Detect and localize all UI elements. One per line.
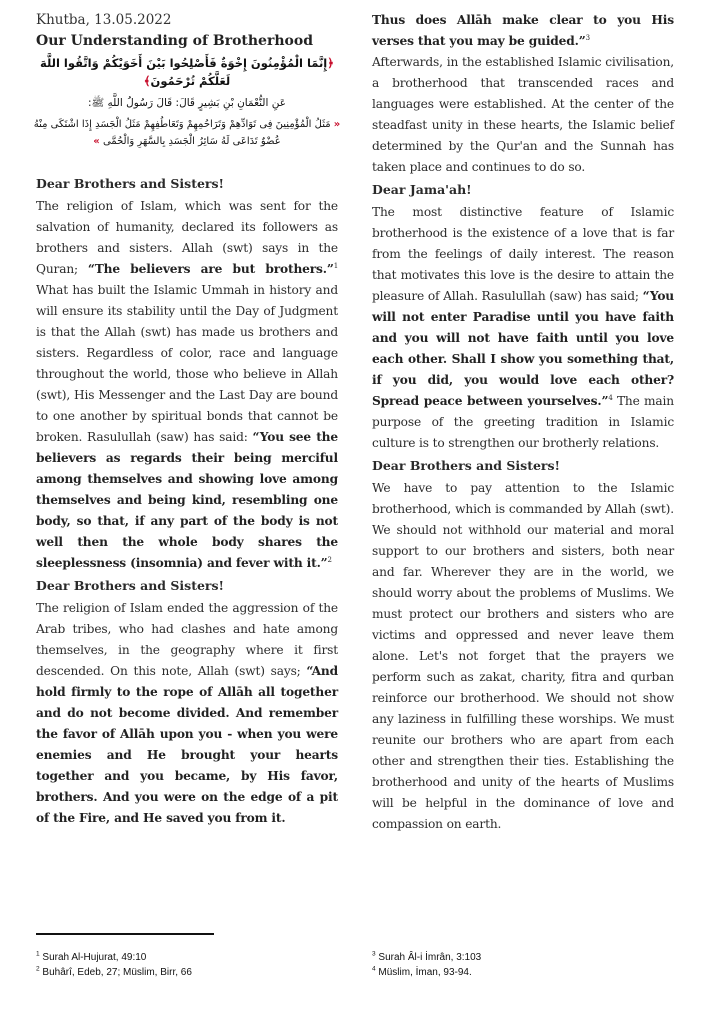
footnote-ref[interactable]: 1 xyxy=(334,262,338,270)
paragraph: Afterwards, in the established Islamic c… xyxy=(372,52,674,178)
paragraph: The religion of Islam, which was sent fo… xyxy=(36,196,338,574)
hadith-text: مَثَلُ الْمُؤْمِنِينَ فِى تَوَادِّهِمْ و… xyxy=(34,119,331,147)
footnote-text: Müslim, İman, 93-94. xyxy=(378,967,471,978)
paragraph: Thus does Allāh make clear to you His ve… xyxy=(372,10,674,52)
footnote: 4 Müslim, İman, 93-94. xyxy=(372,965,481,980)
footnote: 1 Surah Al-Hujurat, 49:10 xyxy=(36,950,192,965)
hadith-quote: “You will not enter Paradise until you h… xyxy=(372,289,674,408)
footnote: 3 Surah Âl-i İmrân, 3:103 xyxy=(372,950,481,965)
paragraph-text: The religion of Islam ended the aggressi… xyxy=(36,601,338,678)
paragraph-text: The most distinctive feature of Islamic … xyxy=(372,205,674,303)
footnote-number: 4 xyxy=(372,966,376,973)
footnote-ref[interactable]: 3 xyxy=(586,34,590,42)
footnotes-right: 3 Surah Âl-i İmrân, 3:103 4 Müslim, İman… xyxy=(372,950,481,980)
hadith-open-quote: « xyxy=(334,119,340,130)
paragraph: The most distinctive feature of Islamic … xyxy=(372,202,674,454)
footnote-number: 2 xyxy=(36,966,40,973)
footnotes-left: 1 Surah Al-Hujurat, 49:10 2 Buhârî, Edeb… xyxy=(36,950,192,980)
footnote-number: 3 xyxy=(372,951,376,958)
paragraph: The religion of Islam ended the aggressi… xyxy=(36,598,338,829)
verse-close-bracket: ﴾ xyxy=(144,74,151,88)
hadith-quote: “You see the believers as regards their … xyxy=(36,430,338,570)
hadith-close-quote: » xyxy=(93,136,99,147)
page-title: Our Understanding of Brotherhood xyxy=(36,33,313,49)
section-heading: Dear Brothers and Sisters! xyxy=(36,172,338,196)
verse-text: إِنَّمَا الْمُؤْمِنُونَ إِخْوَةٌ فَأَصْل… xyxy=(40,56,327,88)
footnote: 2 Buhârî, Edeb, 27; Müslim, Birr, 66 xyxy=(36,965,192,980)
left-column: Dear Brothers and Sisters! The religion … xyxy=(36,172,338,829)
footnote-text: Buhârî, Edeb, 27; Müslim, Birr, 66 xyxy=(42,967,192,978)
footnote-ref[interactable]: 2 xyxy=(328,556,332,564)
right-column: Thus does Allāh make clear to you His ve… xyxy=(372,10,674,835)
section-heading: Dear Brothers and Sisters! xyxy=(372,454,674,478)
paragraph: We have to pay attention to the Islamic … xyxy=(372,478,674,835)
footnote-text: Surah Al-Hujurat, 49:10 xyxy=(42,952,146,963)
verse-open-bracket: ﴿ xyxy=(327,56,334,70)
paragraph-text: What has built the Islamic Ummah in hist… xyxy=(36,283,338,444)
arabic-verse: ﴿إِنَّمَا الْمُؤْمِنُونَ إِخْوَةٌ فَأَصْ… xyxy=(30,54,344,90)
footnote-text: Surah Âl-i İmrân, 3:103 xyxy=(378,952,481,963)
quran-quote: “And hold firmly to the rope of Allāh al… xyxy=(36,664,338,825)
arabic-hadith: « مَثَلُ الْمُؤْمِنِينَ فِى تَوَادِّهِمْ… xyxy=(30,116,344,150)
footnote-number: 1 xyxy=(36,951,40,958)
section-heading: Dear Jama'ah! xyxy=(372,178,674,202)
footnote-divider xyxy=(36,933,214,935)
quran-quote: “The believers are but brothers.” xyxy=(88,262,334,276)
arabic-narrator: عَنِ النُّعْمَانِ بْنِ بَشِيرٍ قَالَ: قَ… xyxy=(30,95,344,111)
dateline: Khutba, 13.05.2022 xyxy=(36,12,171,28)
quran-quote-continued: Thus does Allāh make clear to you His ve… xyxy=(372,13,674,48)
section-heading: Dear Brothers and Sisters! xyxy=(36,574,338,598)
